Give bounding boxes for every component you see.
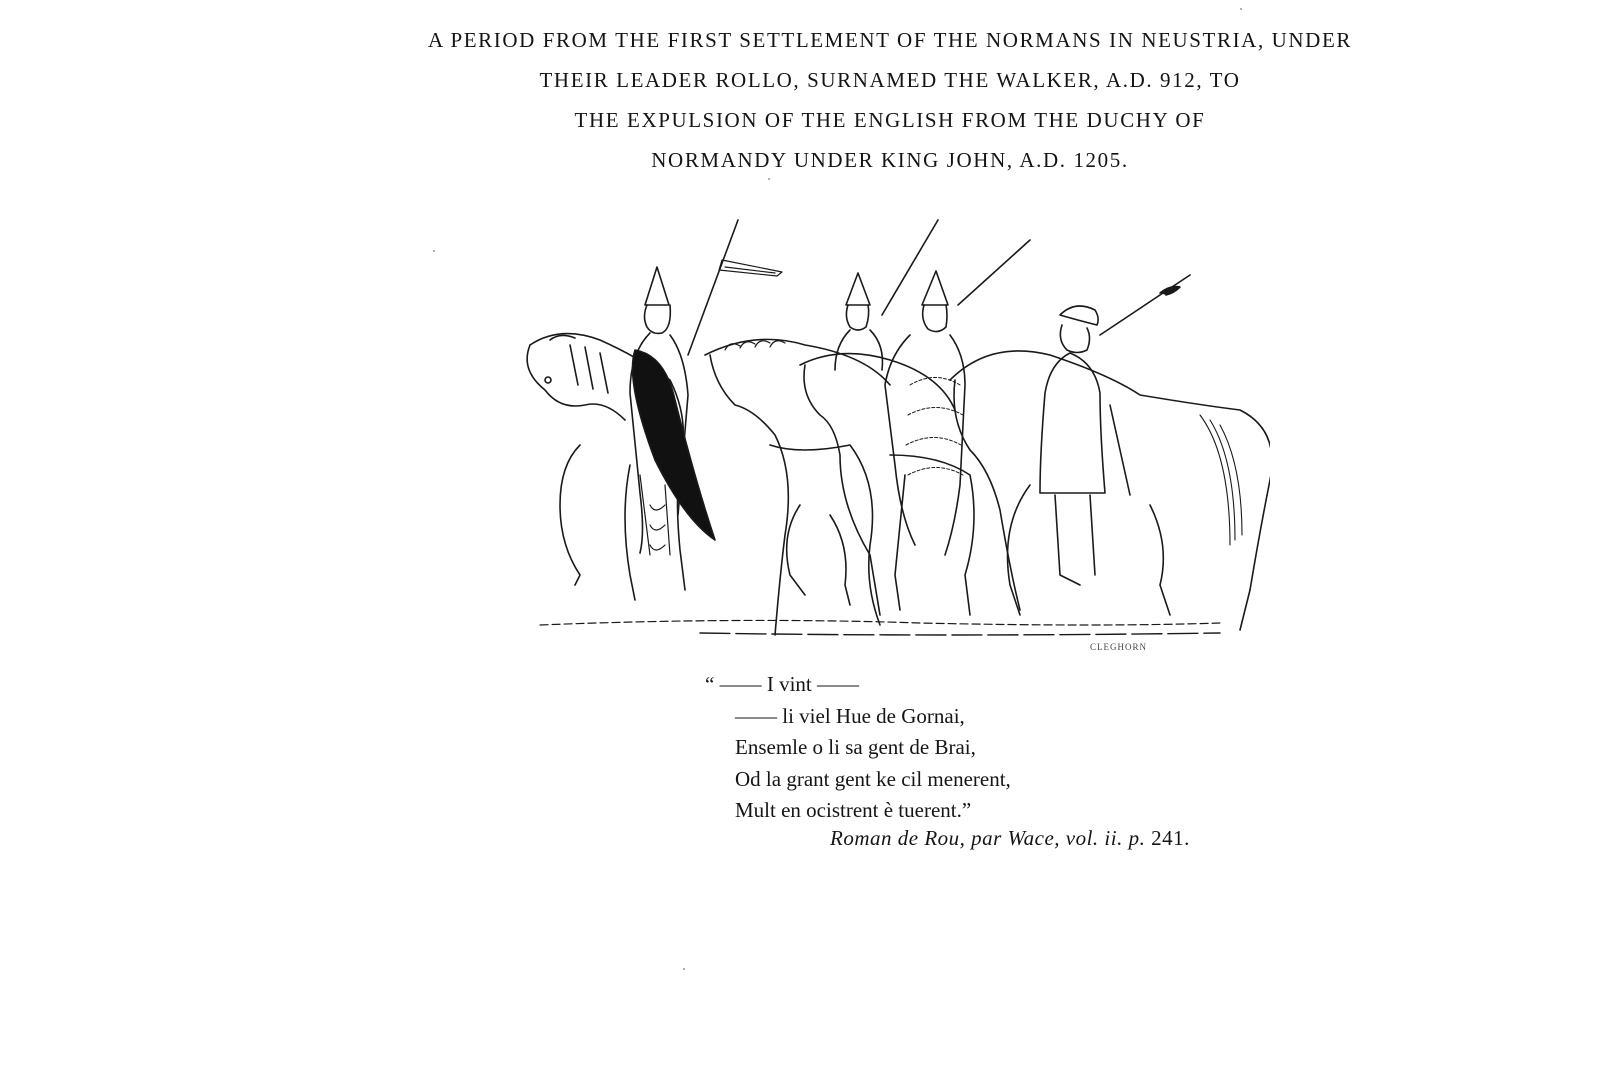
verse-quotation: “ —— I vint —— —— li viel Hue de Gornai,… — [735, 669, 1011, 827]
knights-engraving — [510, 205, 1270, 655]
scan-speck — [433, 250, 435, 252]
horse-right — [950, 351, 1270, 630]
lance-icon — [688, 220, 1190, 355]
verse-line: Ensemle o li sa gent de Brai, — [735, 732, 1011, 764]
attendant-figure — [1040, 306, 1130, 585]
scan-speck — [683, 968, 685, 970]
horse-middle — [705, 339, 890, 635]
knight-middle — [835, 273, 883, 370]
chapter-title: A PERIOD FROM THE FIRST SETTLEMENT OF TH… — [340, 20, 1440, 180]
book-page: A PERIOD FROM THE FIRST SETTLEMENT OF TH… — [0, 0, 1620, 1080]
citation-source: Roman de Rou, par Wace, vol. ii. p. — [830, 826, 1145, 850]
knight-in-mail — [885, 271, 965, 555]
citation-page: 241. — [1151, 826, 1190, 850]
engraver-signature: CLEGHORN — [1090, 642, 1147, 652]
title-line: NORMANDY UNDER KING JOHN, A.D. 1205. — [340, 140, 1440, 180]
scan-speck — [1240, 8, 1242, 10]
scan-speck — [768, 178, 770, 180]
title-line: THEIR LEADER ROLLO, SURNAMED THE WALKER,… — [340, 60, 1440, 100]
verse-citation: Roman de Rou, par Wace, vol. ii. p. 241. — [830, 826, 1190, 851]
verse-line: Od la grant gent ke cil menerent, — [735, 764, 1011, 796]
horse-right-center — [800, 354, 974, 615]
verse-line: —— li viel Hue de Gornai, — [735, 701, 1011, 733]
verse-line: “ —— I vint —— — [705, 669, 1011, 701]
title-line: A PERIOD FROM THE FIRST SETTLEMENT OF TH… — [340, 20, 1440, 60]
verse-line: Mult en ocistrent è tuerent.” — [735, 795, 1011, 827]
title-line: THE EXPULSION OF THE ENGLISH FROM THE DU… — [340, 100, 1440, 140]
knight-with-shield — [630, 267, 715, 555]
